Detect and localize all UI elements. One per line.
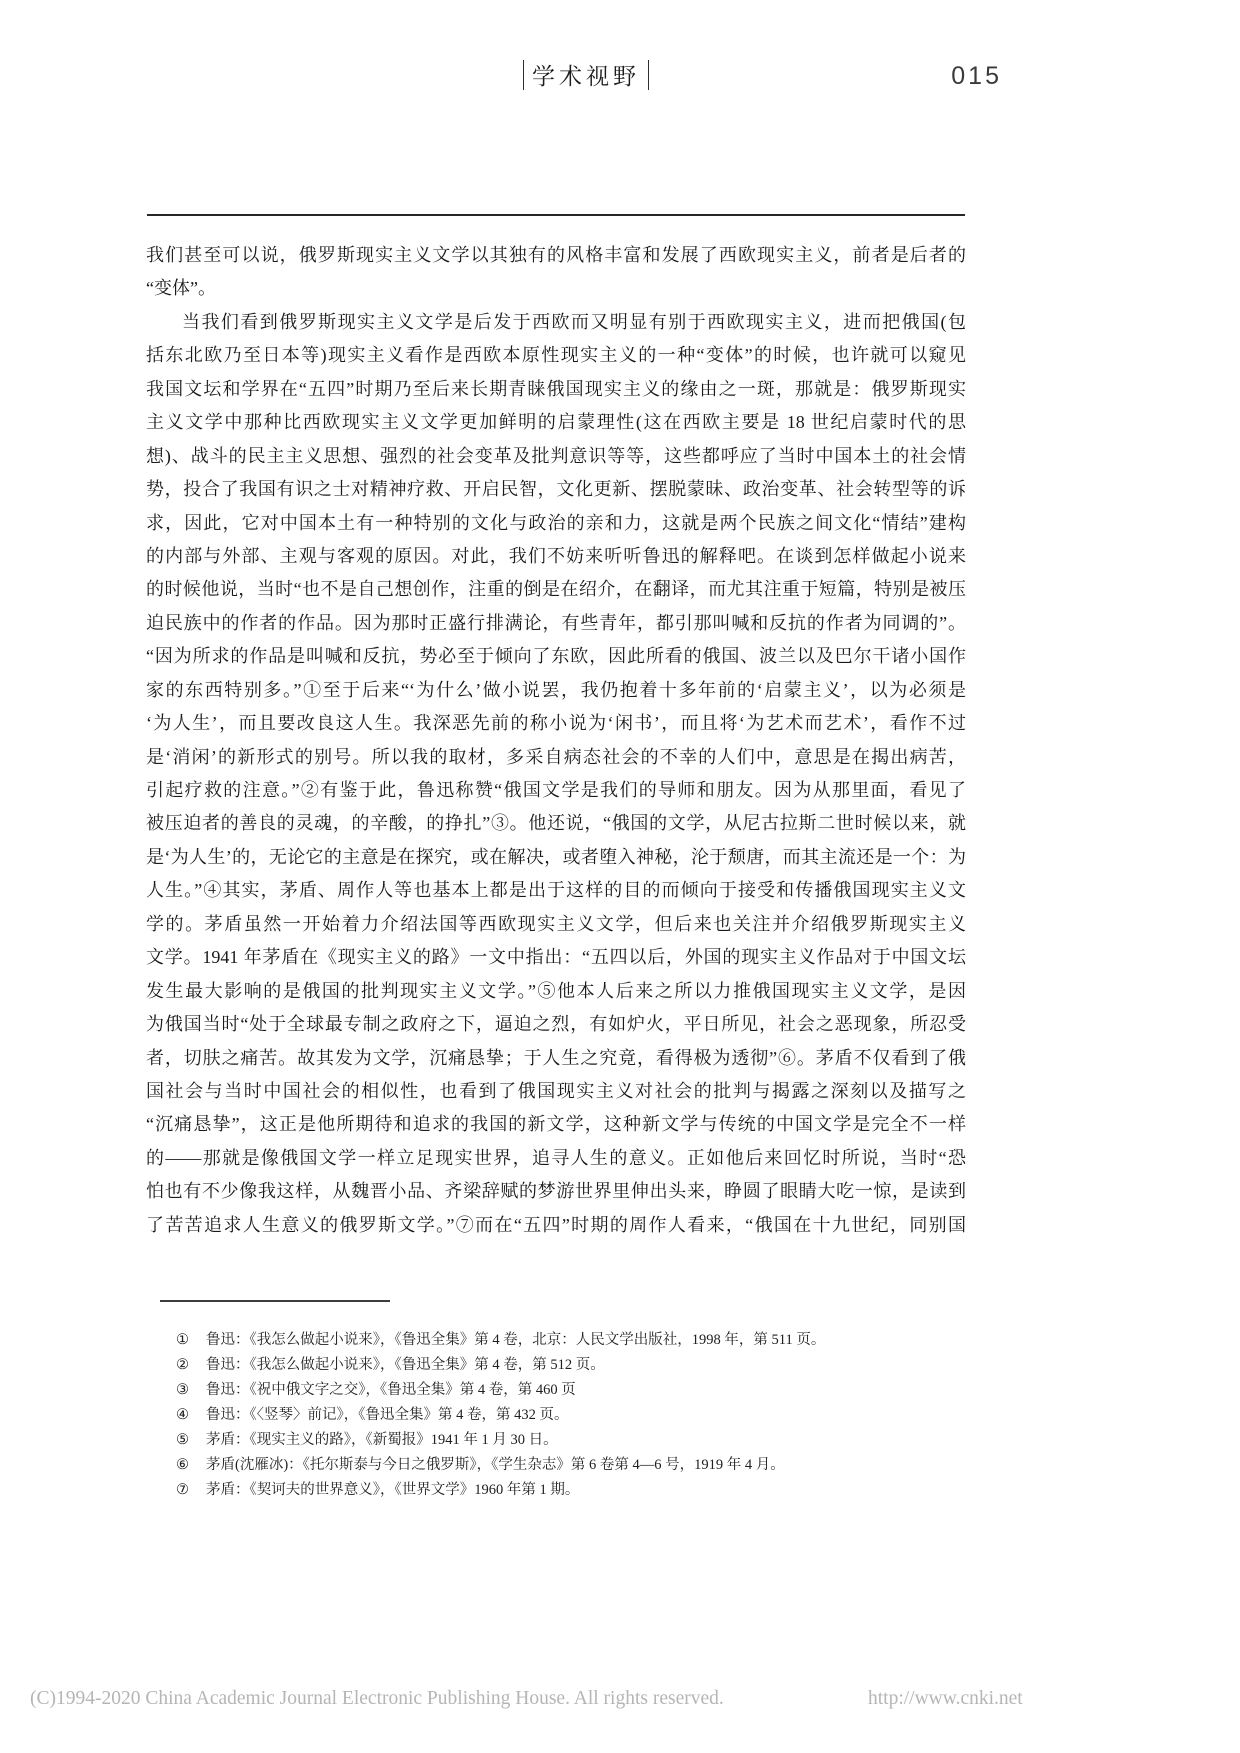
footer-copyright: (C)1994-2020 China Academic Journal Elec… — [30, 1688, 724, 1710]
body-line: 人生。”④其实，茅盾、周作人等也基本上都是出于这样的目的而倾向于接受和传播俄国现… — [146, 874, 966, 907]
body-line: 发生最大影响的是俄国的批判现实主义文学。”⑤他本人后来之所以力推俄国现实主义文学… — [146, 975, 966, 1008]
footnote-separator — [160, 1300, 390, 1302]
footnote-item: ① 鲁迅：《我怎么做起小说来》，《鲁迅全集》第 4 卷，北京：人民文学出版社，1… — [176, 1328, 946, 1353]
footnote-item: ⑦ 茅盾：《契诃夫的世界意义》，《世界文学》1960 年第 1 期。 — [176, 1478, 946, 1503]
footnote-number: ① — [176, 1328, 206, 1353]
body-line: 引起疗救的注意。”②有鉴于此，鲁迅称赞“俄国文学是我们的导师和朋友。因为从那里面… — [146, 774, 966, 807]
body-line: 我国文坛和学界在“五四”时期乃至后来长期青睐俄国现实主义的缘由之一斑，那就是：俄… — [146, 373, 966, 406]
footnote-number: ③ — [176, 1378, 206, 1403]
footnote-item: ④ 鲁迅：《〈竖琴〉前记》，《鲁迅全集》第 4 卷，第 432 页。 — [176, 1403, 946, 1428]
body-line: 求，因此，它对中国本土有一种特别的文化与政治的亲和力，这就是两个民族之间文化“情… — [146, 507, 966, 540]
body-line: “沉痛恳挚”，这正是他所期待和追求的我国的新文学，这种新文学与传统的中国文学是完… — [146, 1108, 966, 1141]
body-line: 迫民族中的作者的作品。因为那时正盛行排满论，有些青年，都引那叫喊和反抗的作者为同… — [146, 607, 966, 640]
section-title-text: 学术视野 — [524, 58, 648, 91]
body-line: 当我们看到俄罗斯现实主义文学是后发于西欧而又明显有别于西欧现实主义，进而把俄国(… — [146, 306, 966, 339]
body-line: 学的。茅盾虽然一开始着力介绍法国等西欧现实主义文学，但后来也关注并介绍俄罗斯现实… — [146, 908, 966, 941]
footnote-text: 鲁迅：《〈竖琴〉前记》，《鲁迅全集》第 4 卷，第 432 页。 — [206, 1403, 946, 1428]
footnote-number: ⑥ — [176, 1453, 206, 1478]
body-line: 是‘消闲’的新形式的别号。所以我的取材，多采自病态社会的不幸的人们中，意思是在揭… — [146, 741, 966, 774]
article-body: 我们甚至可以说，俄罗斯现实主义文学以其独有的风格丰富和发展了西欧现实主义，前者是… — [146, 239, 966, 1242]
footnote-text: 鲁迅：《我怎么做起小说来》，《鲁迅全集》第 4 卷，第 512 页。 — [206, 1353, 946, 1378]
body-line: “变体”。 — [146, 272, 966, 305]
footnote-item: ⑤ 茅盾：《现实主义的路》，《新蜀报》1941 年 1 月 30 日。 — [176, 1428, 946, 1453]
title-right-bar — [648, 60, 649, 90]
body-line: 被压迫者的善良的灵魂，的辛酸，的挣扎”③。他还说，“俄国的文学，从尼古拉斯二世时… — [146, 807, 966, 840]
body-line: 国社会与当时中国社会的相似性，也看到了俄国现实主义对社会的批判与揭露之深刻以及描… — [146, 1075, 966, 1108]
header-rule — [147, 214, 965, 216]
footnote-item: ③ 鲁迅：《祝中俄文字之交》，《鲁迅全集》第 4 卷，第 460 页 — [176, 1378, 946, 1403]
body-line: 想)、战斗的民主主义思想、强烈的社会变革及批判意识等等，这些都呼应了当时中国本土… — [146, 440, 966, 473]
section-title: 学术视野 — [523, 58, 649, 91]
footnote-item: ② 鲁迅：《我怎么做起小说来》，《鲁迅全集》第 4 卷，第 512 页。 — [176, 1353, 946, 1378]
footnote-text: 茅盾：《契诃夫的世界意义》，《世界文学》1960 年第 1 期。 — [206, 1478, 946, 1503]
body-line: 文学。1941 年茅盾在《现实主义的路》一文中指出：“五四以后，外国的现实主义作… — [146, 941, 966, 974]
body-line: 怕也有不少像我这样，从魏晋小品、齐梁辞赋的梦游世界里伸出头来，睁圆了眼睛大吃一惊… — [146, 1175, 966, 1208]
body-line: 为俄国当时“处于全球最专制之政府之下，逼迫之烈，有如炉火，平日所见，社会之恶现象… — [146, 1008, 966, 1041]
footnote-text: 茅盾：《现实主义的路》，《新蜀报》1941 年 1 月 30 日。 — [206, 1428, 946, 1453]
body-line: 了苦苦追求人生意义的俄罗斯文学。”⑦而在“五四”时期的周作人看来，“俄国在十九世… — [146, 1209, 966, 1242]
body-line: 势，投合了我国有识之士对精神疗救、开启民智，文化更新、摆脱蒙昧、政治变革、社会转… — [146, 473, 966, 506]
footnote-list: ① 鲁迅：《我怎么做起小说来》，《鲁迅全集》第 4 卷，北京：人民文学出版社，1… — [176, 1328, 946, 1503]
footnote-number: ⑤ — [176, 1428, 206, 1453]
body-line: 的——那就是像俄国文学一样立足现实世界，追寻人生的意义。正如他后来回忆时所说，当… — [146, 1142, 966, 1175]
footnote-number: ④ — [176, 1403, 206, 1428]
journal-page: { "header": { "section_title": "学术视野", "… — [0, 0, 1240, 1753]
footnote-number: ② — [176, 1353, 206, 1378]
body-line: 的时候他说，当时“也不是自己想创作，注重的倒是在绍介，在翻译，而尤其注重于短篇，… — [146, 573, 966, 606]
footnote-item: ⑥ 茅盾(沈雁冰)：《托尔斯泰与今日之俄罗斯》，《学生杂志》第 6 卷第 4—6… — [176, 1453, 946, 1478]
footnote-text: 茅盾(沈雁冰)：《托尔斯泰与今日之俄罗斯》，《学生杂志》第 6 卷第 4—6 号… — [206, 1453, 946, 1478]
body-line: 括东北欧乃至日本等)现实主义看作是西欧本原性现实主义的一种“变体”的时候，也许就… — [146, 339, 966, 372]
body-line: 我们甚至可以说，俄罗斯现实主义文学以其独有的风格丰富和发展了西欧现实主义，前者是… — [146, 239, 966, 272]
footnote-number: ⑦ — [176, 1478, 206, 1503]
footnote-text: 鲁迅：《祝中俄文字之交》，《鲁迅全集》第 4 卷，第 460 页 — [206, 1378, 946, 1403]
body-line: 主义文学中那种比西欧现实主义文学更加鲜明的启蒙理性(这在西欧主要是 18 世纪启… — [146, 406, 966, 439]
footnote-text: 鲁迅：《我怎么做起小说来》，《鲁迅全集》第 4 卷，北京：人民文学出版社，199… — [206, 1328, 946, 1353]
body-line: 是‘为人生’的，无论它的主意是在探究，或在解决，或者堕入神秘，沦于颓唐，而其主流… — [146, 841, 966, 874]
body-line: 家的东西特别多。”①至于后来“‘为什么’做小说罢，我仍抱着十多年前的‘启蒙主义’… — [146, 674, 966, 707]
body-line: 的内部与外部、主观与客观的原因。对此，我们不妨来听听鲁迅的解释吧。在谈到怎样做起… — [146, 540, 966, 573]
body-line: “因为所求的作品是叫喊和反抗，势必至于倾向了东欧，因此所看的俄国、波兰以及巴尔干… — [146, 640, 966, 673]
body-line: ‘为人生’，而且要改良这人生。我深恶先前的称小说为‘闲书’，而且将‘为艺术而艺术… — [146, 707, 966, 740]
page-number: 015 — [951, 62, 1002, 91]
page-footer: (C)1994-2020 China Academic Journal Elec… — [0, 1688, 1240, 1718]
footer-url: http://www.cnki.net — [868, 1688, 1023, 1710]
body-line: 者，切肤之痛苦。故其发为文学，沉痛恳挚；于人生之究竟，看得极为透彻”⑥。茅盾不仅… — [146, 1042, 966, 1075]
